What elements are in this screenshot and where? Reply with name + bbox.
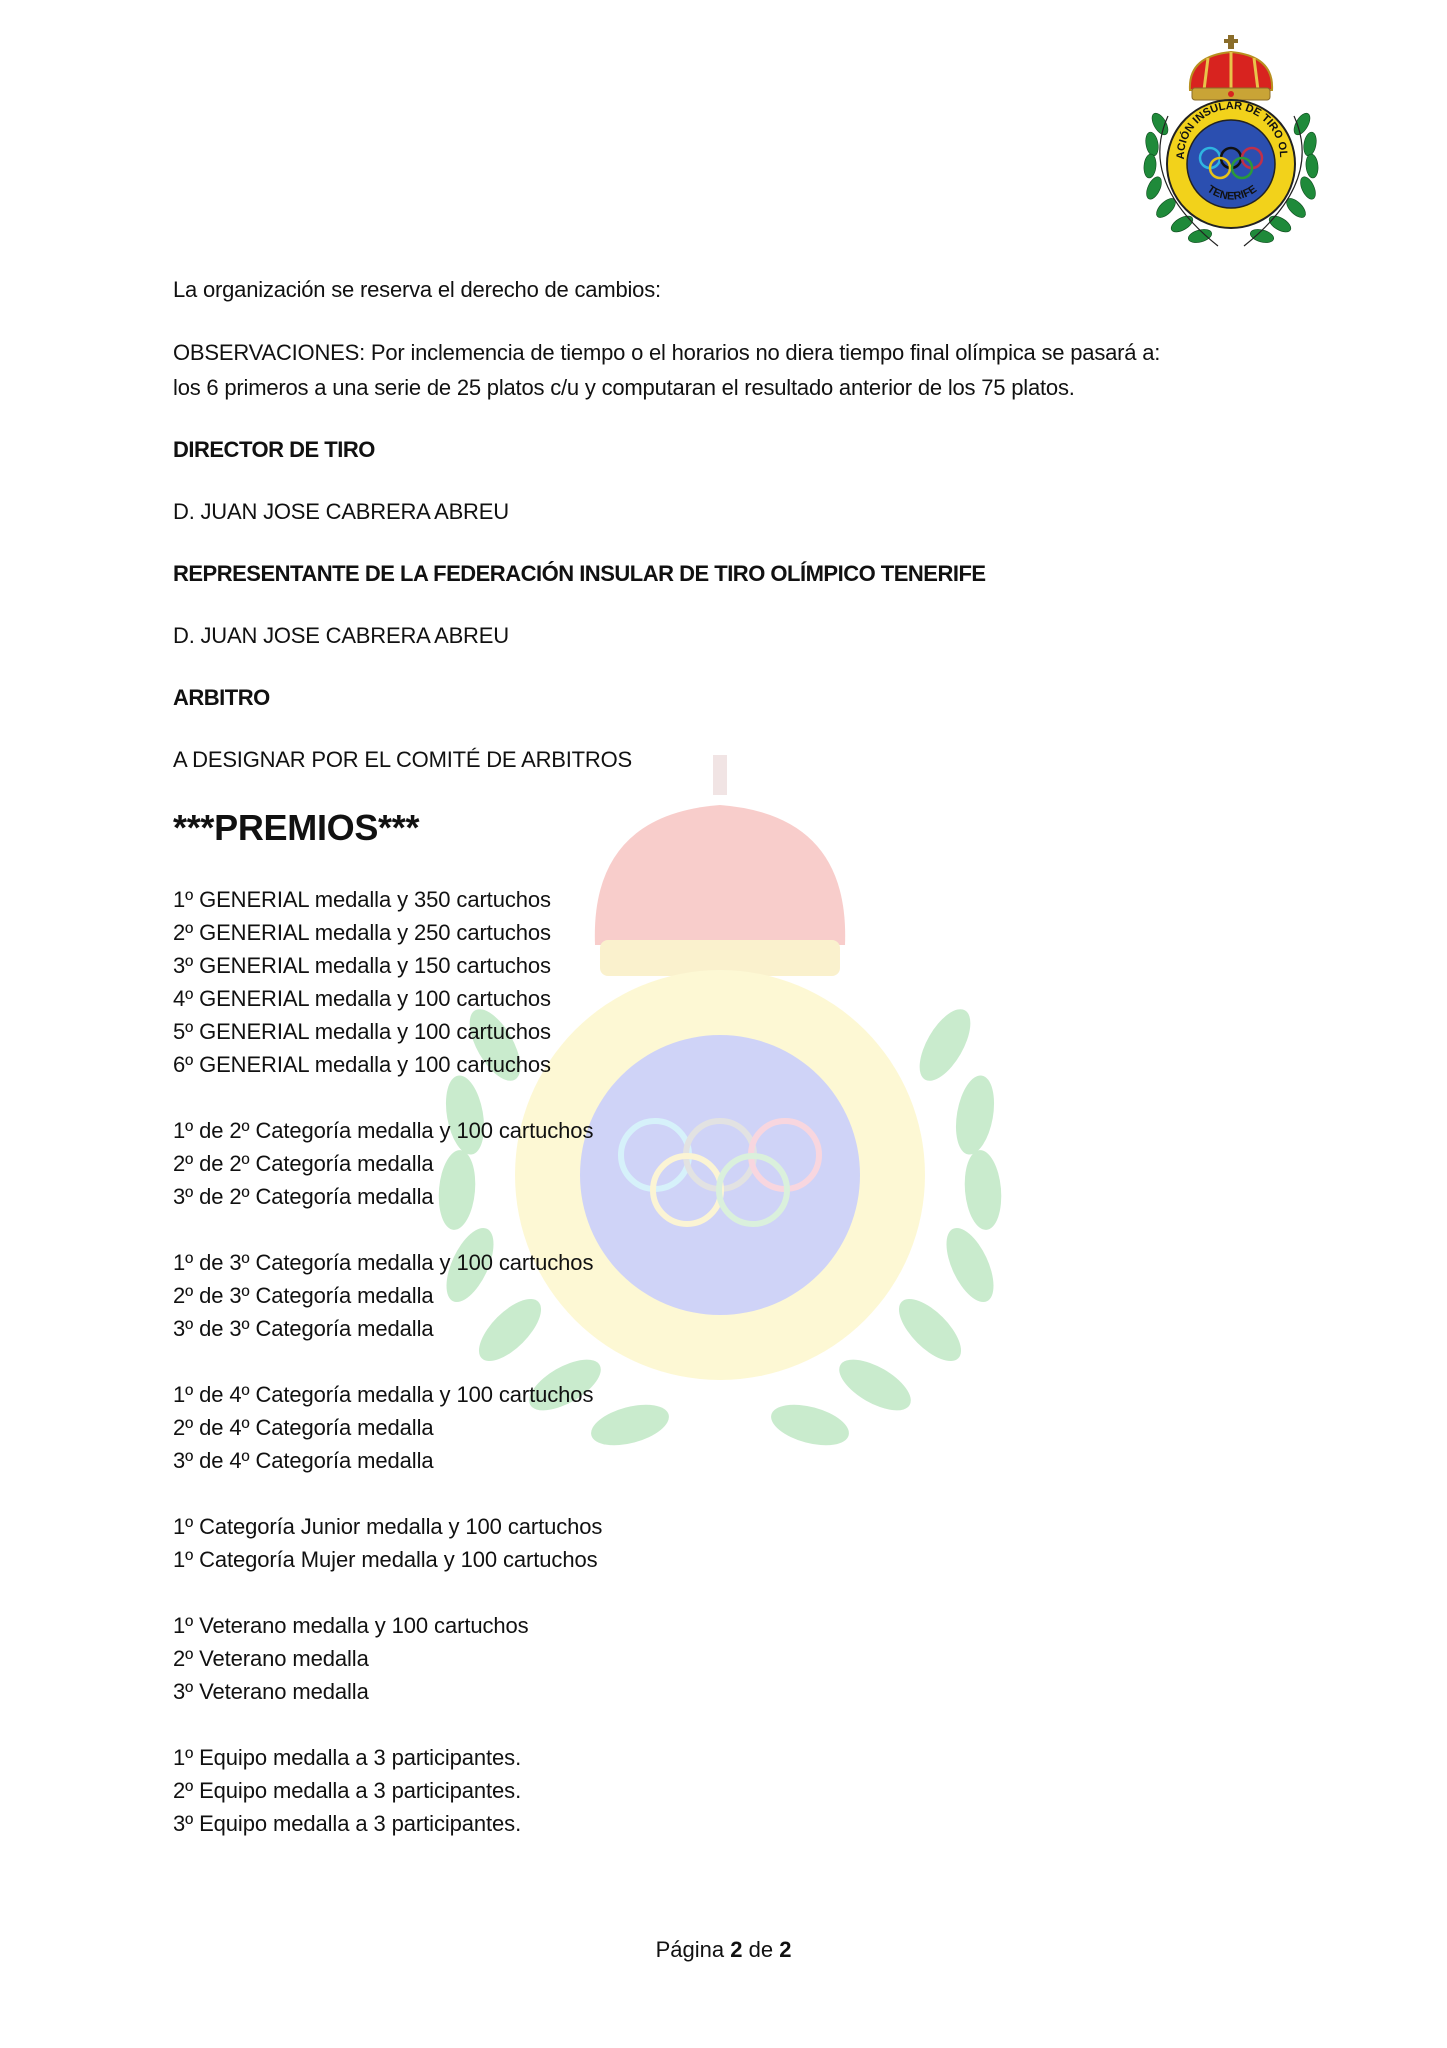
prize-item: 2º de 4º Categoría medalla [173, 1414, 434, 1442]
prize-item: 3º GENERIAL medalla y 150 cartuchos [173, 952, 551, 980]
prize-item: 1º de 4º Categoría medalla y 100 cartuch… [173, 1381, 593, 1409]
prize-item: 1º Categoría Mujer medalla y 100 cartuch… [173, 1546, 598, 1574]
prize-item: 1º Equipo medalla a 3 participantes. [173, 1744, 521, 1772]
current-page-number: 2 [730, 1937, 742, 1962]
page-label: Página [656, 1937, 725, 1962]
total-pages-number: 2 [779, 1937, 791, 1962]
prize-item: 5º GENERIAL medalla y 100 cartuchos [173, 1018, 551, 1046]
representante-heading: REPRESENTANTE DE LA FEDERACIÓN INSULAR D… [173, 560, 986, 588]
prize-item: 3º Equipo medalla a 3 participantes. [173, 1810, 521, 1838]
prize-item: 2º de 2º Categoría medalla [173, 1150, 434, 1178]
prize-item: 4º GENERIAL medalla y 100 cartuchos [173, 985, 551, 1013]
arbitro-name: A DESIGNAR POR EL COMITÉ DE ARBITROS [173, 746, 632, 774]
prize-item: 2º Equipo medalla a 3 participantes. [173, 1777, 521, 1805]
director-heading: DIRECTOR DE TIRO [173, 436, 375, 464]
prize-item: 2º de 3º Categoría medalla [173, 1282, 434, 1310]
crest-watermark [425, 745, 1015, 1485]
page-footer: Página 2 de 2 [0, 1936, 1447, 1964]
premios-title: ***PREMIOS*** [173, 806, 419, 850]
of-label: de [749, 1937, 773, 1962]
prize-item: 1º GENERIAL medalla y 350 cartuchos [173, 886, 551, 914]
arbitro-heading: ARBITRO [173, 684, 270, 712]
representante-name: D. JUAN JOSE CABRERA ABREU [173, 622, 509, 650]
observaciones-line-1: OBSERVACIONES: Por inclemencia de tiempo… [173, 339, 1160, 367]
prize-item: 1º de 2º Categoría medalla y 100 cartuch… [173, 1117, 593, 1145]
director-name: D. JUAN JOSE CABRERA ABREU [173, 498, 509, 526]
prize-item: 3º de 4º Categoría medalla [173, 1447, 434, 1475]
prize-item: 2º Veterano medalla [173, 1645, 369, 1673]
observaciones-line-2: los 6 primeros a una serie de 25 platos … [173, 374, 1075, 402]
prize-item: 6º GENERIAL medalla y 100 cartuchos [173, 1051, 551, 1079]
prize-item: 1º de 3º Categoría medalla y 100 cartuch… [173, 1249, 593, 1277]
prize-item: 3º de 3º Categoría medalla [173, 1315, 434, 1343]
prize-item: 3º Veterano medalla [173, 1678, 369, 1706]
reservation-notice: La organización se reserva el derecho de… [173, 276, 661, 304]
prize-item: 1º Veterano medalla y 100 cartuchos [173, 1612, 529, 1640]
prize-item: 1º Categoría Junior medalla y 100 cartuc… [173, 1513, 602, 1541]
document-page: FEDERACIÓN INSULAR DE TIRO OLÍMPICO TENE… [0, 0, 1447, 2048]
prize-item: 2º GENERIAL medalla y 250 cartuchos [173, 919, 551, 947]
federation-crest-logo: FEDERACIÓN INSULAR DE TIRO OLÍMPICO TENE… [1138, 32, 1324, 254]
prize-item: 3º de 2º Categoría medalla [173, 1183, 434, 1211]
